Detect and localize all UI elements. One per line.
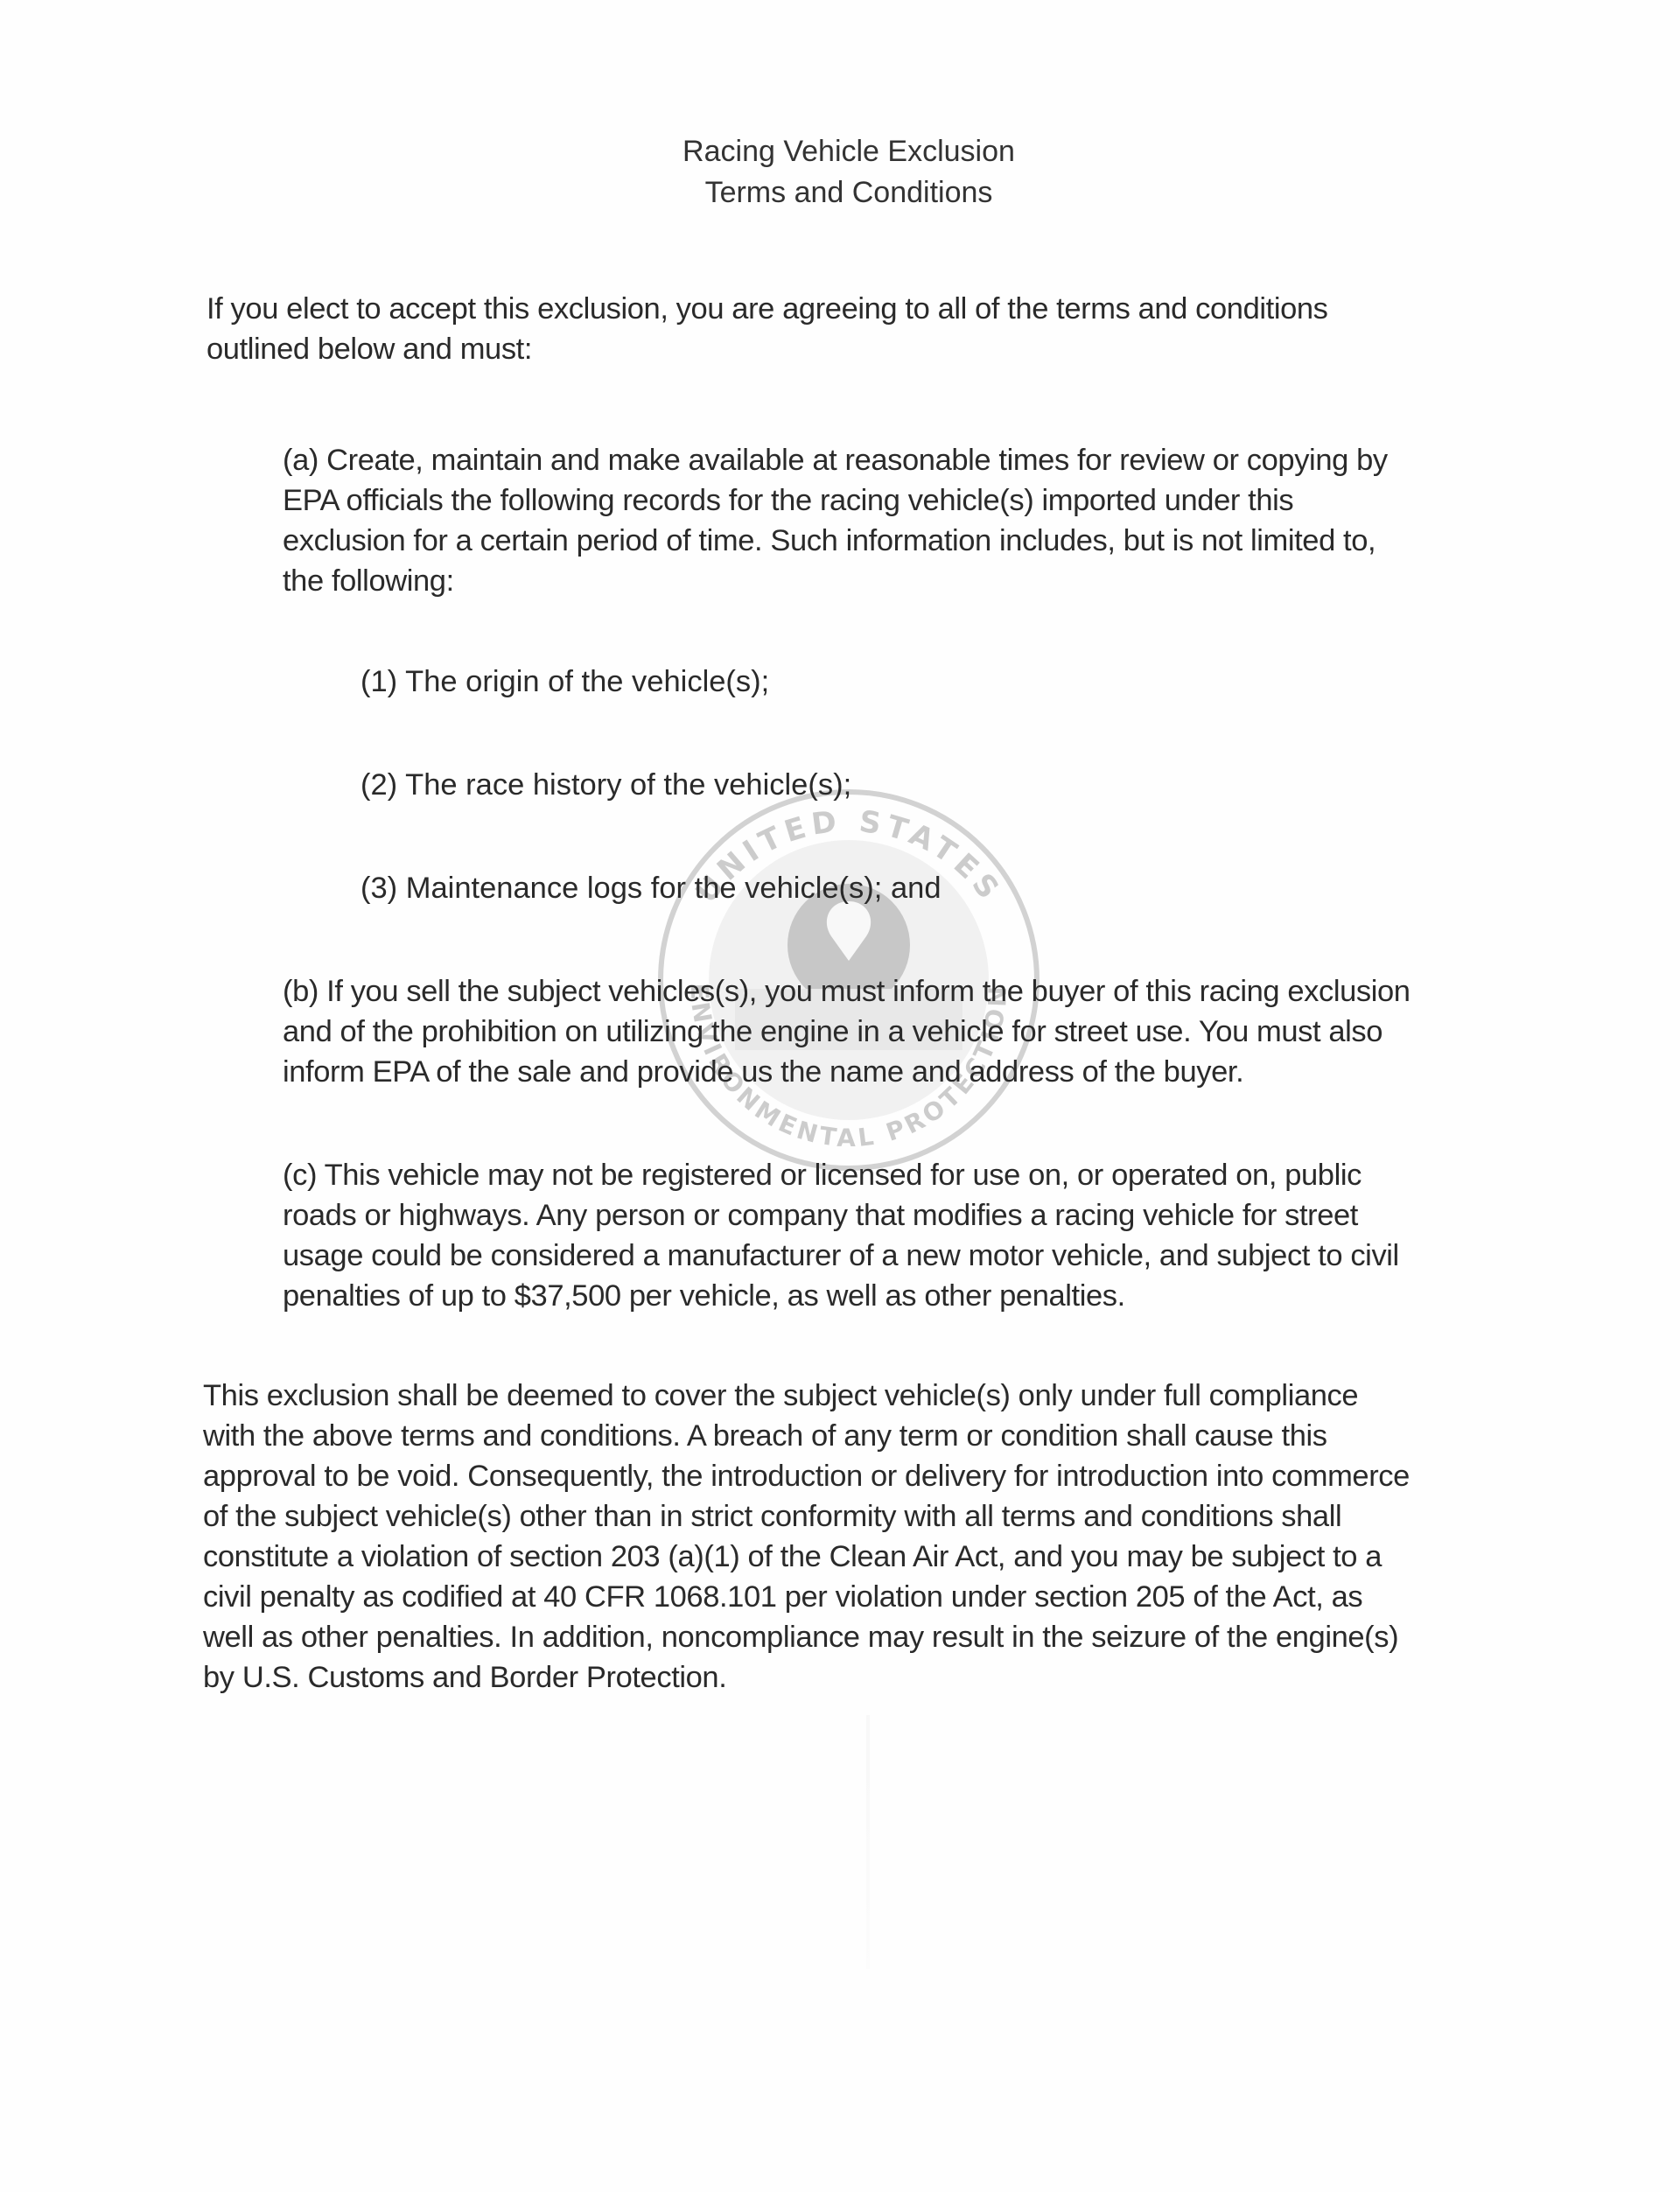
closing-paragraph: This exclusion shall be deemed to cover … — [203, 1376, 1489, 1698]
closing-line: This exclusion shall be deemed to cover … — [203, 1376, 1489, 1416]
scan-artifact — [866, 1715, 870, 1969]
term-c-line: usage could be considered a manufacturer… — [283, 1236, 1490, 1276]
term-a-line: (a) Create, maintain and make available … — [283, 440, 1464, 480]
term-b-line: and of the prohibition on utilizing the … — [283, 1012, 1490, 1052]
document-page: UNITED STATES ENVIRONMENTAL PROTECTION R… — [0, 0, 1680, 2192]
closing-line: well as other penalties. In addition, no… — [203, 1617, 1489, 1657]
term-b-line: inform EPA of the sale and provide us th… — [283, 1052, 1490, 1092]
closing-line: with the above terms and conditions. A b… — [203, 1416, 1489, 1456]
intro-line: If you elect to accept this exclusion, y… — [206, 289, 1431, 329]
record-item-race-history: (2) The race history of the vehicle(s); — [360, 765, 851, 805]
term-a-line: exclusion for a certain period of time. … — [283, 521, 1464, 561]
closing-line: approval to be void. Consequently, the i… — [203, 1456, 1489, 1496]
record-item-maintenance-logs: (3) Maintenance logs for the vehicle(s);… — [360, 868, 941, 908]
intro-line: outlined below and must: — [206, 329, 1431, 369]
term-c-line: (c) This vehicle may not be registered o… — [283, 1155, 1490, 1195]
closing-line: constitute a violation of section 203 (a… — [203, 1537, 1489, 1577]
term-a: (a) Create, maintain and make available … — [283, 440, 1464, 601]
term-b-line: (b) If you sell the subject vehicles(s),… — [283, 971, 1490, 1012]
term-c: (c) This vehicle may not be registered o… — [283, 1155, 1490, 1316]
title-line-1: Racing Vehicle Exclusion — [0, 131, 1680, 172]
closing-line: civil penalty as codified at 40 CFR 1068… — [203, 1577, 1489, 1617]
closing-line: by U.S. Customs and Border Protection. — [203, 1657, 1489, 1698]
intro-paragraph: If you elect to accept this exclusion, y… — [206, 289, 1431, 369]
term-c-line: penalties of up to $37,500 per vehicle, … — [283, 1276, 1490, 1316]
document-title: Racing Vehicle Exclusion Terms and Condi… — [0, 131, 1680, 214]
title-line-2: Terms and Conditions — [0, 172, 1680, 214]
term-a-line: EPA officials the following records for … — [283, 480, 1464, 521]
term-a-line: the following: — [283, 561, 1464, 601]
term-c-line: roads or highways. Any person or company… — [283, 1195, 1490, 1236]
term-b: (b) If you sell the subject vehicles(s),… — [283, 971, 1490, 1092]
closing-line: of the subject vehicle(s) other than in … — [203, 1496, 1489, 1537]
record-item-origin: (1) The origin of the vehicle(s); — [360, 662, 769, 702]
